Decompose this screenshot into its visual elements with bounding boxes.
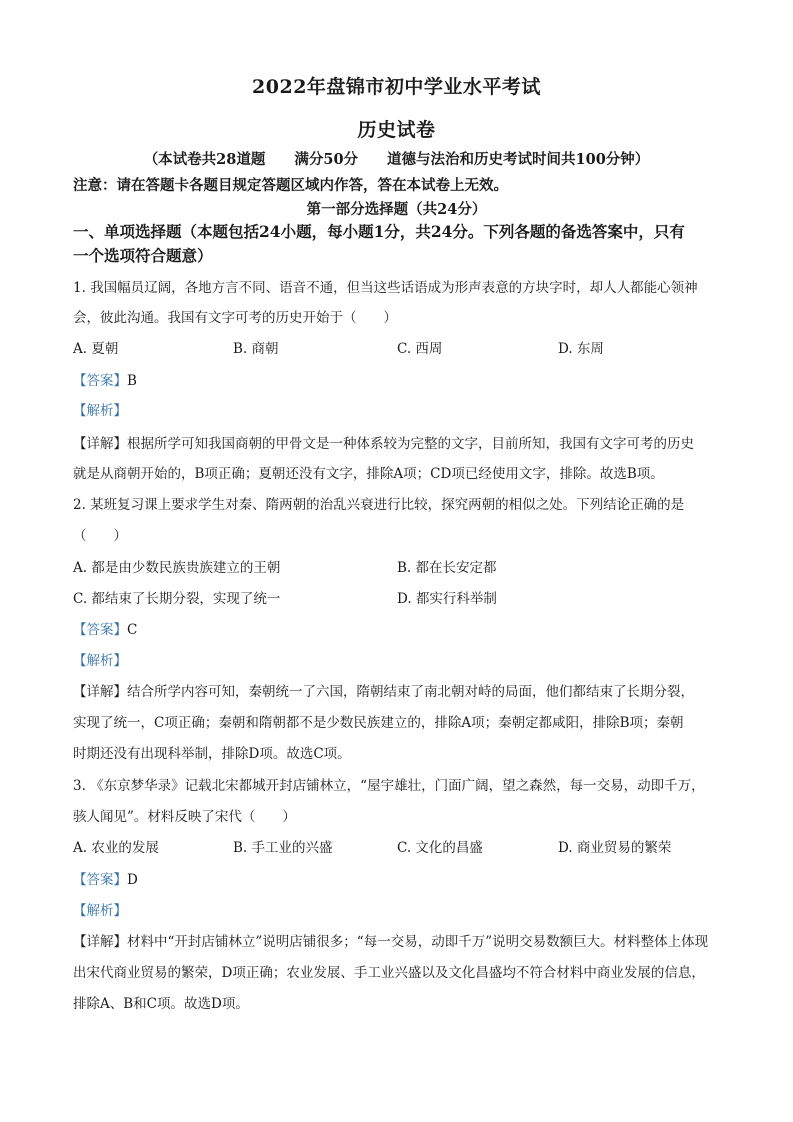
detail-text: 实现了统一，C项正确；秦朝和隋朝都不是少数民族建立的，排除A项；秦朝定都咸阳，排… <box>73 711 684 731</box>
question-stem: 骇人闻见”。材料反映了宋代（ ） <box>73 805 296 825</box>
detail-label: 【详解】 <box>73 436 127 452</box>
option-b: B. 都在长安定都 <box>397 556 497 576</box>
question-stem: 1. 我国幅员辽阔，各地方言不同、语音不通，但当这些话语成为形声表意的方块字时，… <box>73 276 698 296</box>
answer-line: 【答案】B <box>73 369 137 389</box>
question-stem: （ ） <box>73 524 127 544</box>
analysis-label: 【解析】 <box>73 649 127 669</box>
option-c: C. 西周 <box>397 337 442 357</box>
section-heading: 一、单项选择题（本题包括24小题，每小题1分，共24分。下列各题的备选答案中，只… <box>73 220 733 268</box>
analysis-label: 【解析】 <box>73 899 127 919</box>
analysis-label: 【解析】 <box>73 399 127 419</box>
question-stem: 2. 某班复习课上要求学生对秦、隋两朝的治乱兴衰进行比较，探究两朝的相似之处。下… <box>73 493 684 513</box>
exam-info: （本试卷共28道题 满分50分 道德与法治和历史考试时间共100分钟） <box>0 148 793 169</box>
answer-label: 【答案】 <box>73 872 127 888</box>
detail-line: 【详解】结合所学内容可知，秦朝统一了六国，隋朝结束了南北朝对峙的局面，他们都结束… <box>73 680 694 700</box>
part-heading: 第一部分选择题（共24分） <box>0 198 793 219</box>
answer-label: 【答案】 <box>73 373 127 389</box>
option-c: C. 文化的昌盛 <box>397 836 483 856</box>
section-heading-line: 一、单项选择题（本题包括24小题，每小题1分，共24分。下列各题的备选答案中，只… <box>73 220 733 244</box>
detail-label: 【详解】 <box>73 934 127 950</box>
detail-line: 【详解】根据所学可知我国商朝的甲骨文是一种体系较为完整的文字，目前所知，我国有文… <box>73 432 694 452</box>
option-d: D. 东周 <box>558 337 604 357</box>
option-d: D. 商业贸易的繁荣 <box>558 836 671 856</box>
option-c: C. 都结束了长期分裂，实现了统一 <box>73 587 280 607</box>
detail-label: 【详解】 <box>73 684 127 700</box>
option-b: B. 手工业的兴盛 <box>233 836 333 856</box>
answer-value: D <box>127 872 138 888</box>
detail-text: 就是从商朝开始的，B项正确；夏朝还没有文字，排除A项；CD项已经使用文字，排除。… <box>73 462 664 482</box>
detail-text: 根据所学可知我国商朝的甲骨文是一种体系较为完整的文字，目前所知，我国有文字可考的… <box>127 436 694 452</box>
exam-title: 2022年盘锦市初中学业水平考试 <box>0 72 793 99</box>
detail-text: 材料中“开封店铺林立”说明店铺很多；“每一交易，动即千万”说明交易数额巨大。材料… <box>127 934 708 950</box>
question-stem: 3. 《东京梦华录》记载北宋都城开封店铺林立，“屋宇雄壮，门面广阔，望之森然，每… <box>73 774 705 794</box>
question-stem: 会，彼此沟通。我国有文字可考的历史开始于（ ） <box>73 306 397 326</box>
answer-line: 【答案】D <box>73 868 138 888</box>
exam-notice: 注意：请在答题卡各题目规定答题区域内作答，答在本试卷上无效。 <box>73 174 508 195</box>
option-a: A. 都是由少数民族贵族建立的王朝 <box>73 556 280 576</box>
option-a: A. 夏朝 <box>73 337 118 357</box>
option-a: A. 农业的发展 <box>73 836 159 856</box>
detail-line: 【详解】材料中“开封店铺林立”说明店铺很多；“每一交易，动即千万”说明交易数额巨… <box>73 930 708 950</box>
option-d: D. 都实行科举制 <box>397 587 497 607</box>
detail-text: 时期还没有出现科举制，排除D项。故选C项。 <box>73 742 351 762</box>
detail-text: 排除A、B和C项。故选D项。 <box>73 992 249 1012</box>
answer-label: 【答案】 <box>73 622 127 638</box>
answer-line: 【答案】C <box>73 618 137 638</box>
option-b: B. 商朝 <box>233 337 279 357</box>
detail-text: 结合所学内容可知，秦朝统一了六国，隋朝结束了南北朝对峙的局面，他们都结束了长期分… <box>127 684 694 700</box>
exam-page: 2022年盘锦市初中学业水平考试 历史试卷 （本试卷共28道题 满分50分 道德… <box>0 0 793 1122</box>
answer-value: C <box>127 622 137 638</box>
detail-text: 出宋代商业贸易的繁荣，D项正确；农业发展、手工业兴盛以及文化昌盛均不符合材料中商… <box>73 961 705 981</box>
section-heading-line: 一个选项符合题意） <box>73 244 733 268</box>
exam-subtitle: 历史试卷 <box>0 115 793 142</box>
answer-value: B <box>127 373 137 389</box>
